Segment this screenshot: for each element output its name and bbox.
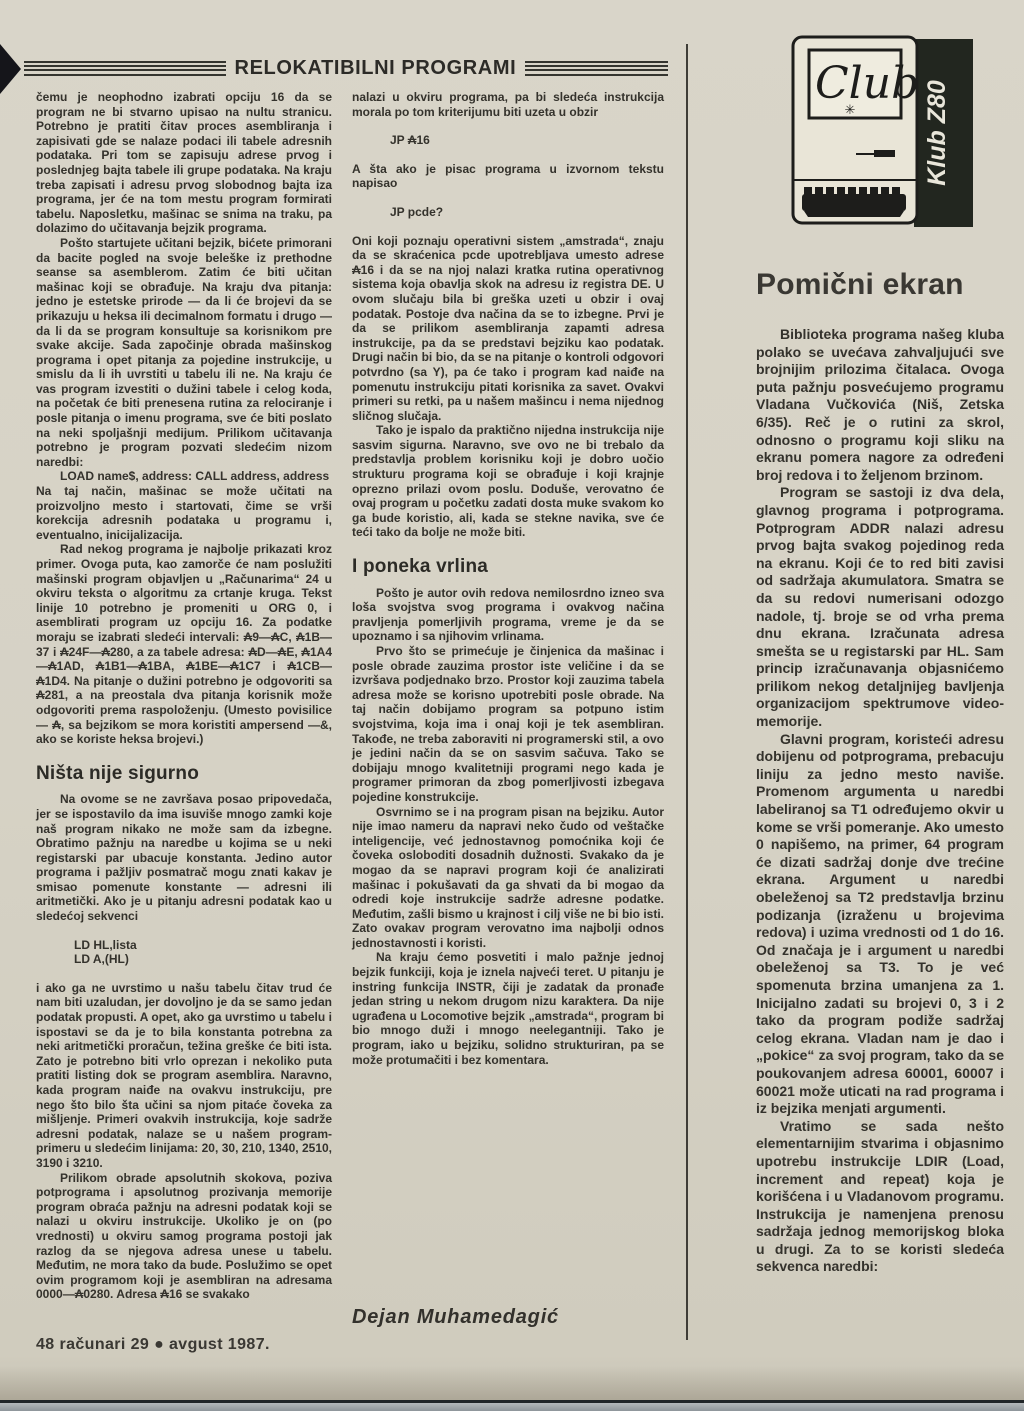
page-corner-arrow-icon	[0, 44, 21, 94]
column-divider	[686, 44, 688, 1340]
code-line: LD HL,lista	[36, 938, 332, 953]
paragraph: nalazi u okviru programa, pa bi sledeća …	[352, 90, 664, 119]
column-3: Pomični ekran Biblioteka programa našeg …	[756, 268, 1004, 1276]
paragraph: čemu je neophodno izabrati opciju 16 da …	[36, 90, 332, 236]
author-signature: Dejan Muhamedagić	[352, 1306, 672, 1329]
code-line: LD A,(HL)	[36, 952, 332, 967]
paragraph: Na kraju ćemo posvetiti i malo pažnje je…	[352, 950, 664, 1067]
code-line: JP ₳16	[352, 133, 664, 148]
article-title: RELOKATIBILNI PROGRAMI	[235, 57, 517, 80]
club-computer-icon: Club ✳	[793, 37, 919, 223]
column-1: čemu je neophodno izabrati opciju 16 da …	[36, 90, 332, 1302]
club-z80-logo-graphic: Klub Z80 Club ✳	[790, 32, 975, 229]
code-line: JP pcde?	[352, 205, 664, 220]
code-paragraph: LOAD name$, address: CALL address, addre…	[36, 469, 332, 484]
logo-band-label: Klub Z80	[923, 80, 951, 186]
paragraph: Oni koji poznaju operativni sistem „amst…	[352, 234, 664, 424]
paragraph: Tako je ispalo da praktično nijedna inst…	[352, 423, 664, 540]
logo-screen-label: Club	[815, 58, 919, 109]
paragraph: Rad nekog programa je najbolje prikazati…	[36, 542, 332, 746]
paragraph: Pošto startujete učitani bejzik, bićete …	[36, 236, 332, 470]
paragraph: Osvrnimo se i na program pisan na bejzik…	[352, 805, 664, 951]
page-edge-strip	[0, 1400, 1024, 1411]
paragraph: i ako ga ne uvrstimo u našu tabelu čitav…	[36, 981, 332, 1171]
section-heading: Ništa nije sigurno	[36, 767, 332, 782]
paragraph: Glavni program, koristeći adresu dobijen…	[756, 731, 1004, 1118]
logo-ornament-icon: ✳	[845, 102, 856, 117]
paragraph: Program se sastoji iz dva dela, glavnog …	[756, 484, 1004, 730]
header-rule-right	[525, 61, 668, 76]
page-footer: 48 računari 29 ● avgust 1987.	[36, 1336, 270, 1354]
club-article-title: Pomični ekran	[756, 268, 1004, 302]
header-rule-left	[24, 61, 226, 76]
paragraph-text: Biblioteka programa našeg kluba polako s…	[756, 326, 1004, 395]
club-z80-logo: Klub Z80 Club ✳	[790, 32, 975, 229]
paragraph: Na taj način, mašinac se može učitati na…	[36, 484, 332, 542]
logo-disk-slot	[874, 150, 895, 157]
magazine-page: RELOKATIBILNI PROGRAMI čemu je neophodno…	[0, 0, 1024, 1411]
page-bottom-shadow	[0, 1366, 1024, 1400]
paragraph: A šta ako je pisac programa u izvornom t…	[352, 162, 664, 191]
paragraph: Vratimo se sada nešto elementarnijim stv…	[756, 1118, 1004, 1276]
paragraph: Na ovome se ne završava posao pripovedač…	[36, 792, 332, 923]
section-heading: I poneka vrlina	[352, 560, 664, 575]
paragraph: Biblioteka programa našeg kluba polako s…	[756, 326, 1004, 484]
paragraph: Prvo što se primećuje je činjenica da ma…	[352, 644, 664, 805]
article-header: RELOKATIBILNI PROGRAMI	[24, 56, 668, 80]
paragraph: Pošto je autor ovih redova nemilosrdno i…	[352, 586, 664, 644]
column-2: nalazi u okviru programa, pa bi sledeća …	[352, 90, 664, 1067]
program-author-name: Vladana Vučkovića	[756, 396, 895, 412]
paragraph: Prilikom obrade apsolutnih skokova, pozi…	[36, 1171, 332, 1302]
